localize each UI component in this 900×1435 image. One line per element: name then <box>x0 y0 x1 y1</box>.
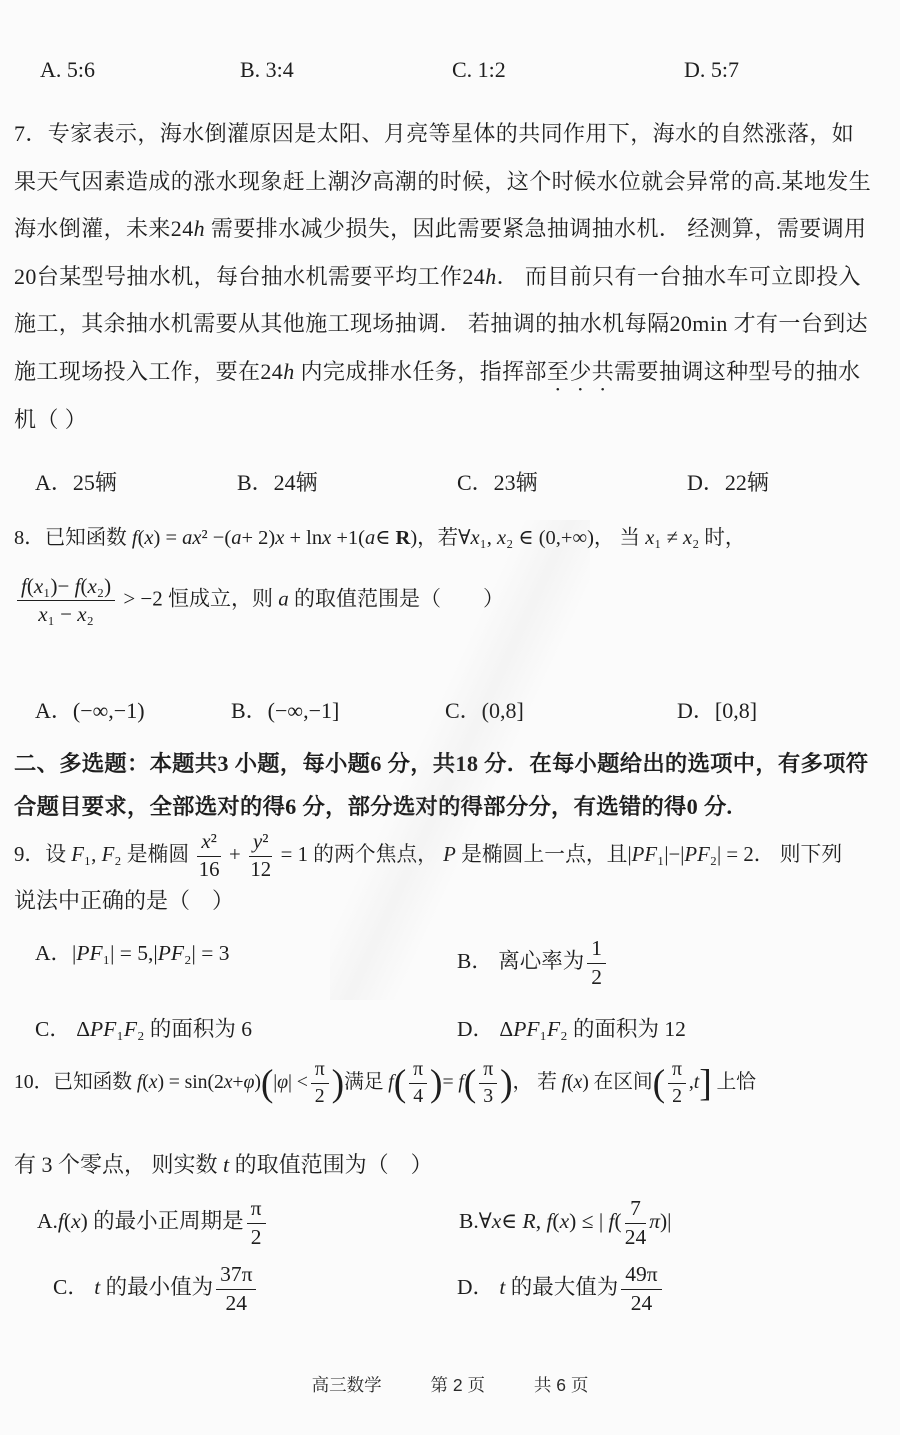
question-8-options-row: A．(−∞,−1) B．(−∞,−1] C．(0,8] D．[0,8] <box>35 694 890 725</box>
option-c: C. 1:2 <box>452 57 684 83</box>
option-a: A．|PF₁| = 5,|PF₂| = 3 <box>35 936 457 991</box>
question-9-line-1: 9．设 F₁, F₂ 是椭圆 x²16 + y²12 = 1 的两个焦点， P … <box>14 830 890 883</box>
question-9-options-row-1: A．|PF₁| = 5,|PF₂| = 3 B． 离心率为12 <box>35 936 890 991</box>
option-d: D． ΔPF₁F₂ 的面积为 12 <box>457 1012 890 1043</box>
option-c: C． t 的最小值为37π24 <box>37 1262 457 1317</box>
option-a: A. 5:6 <box>40 57 240 83</box>
question-7-line-1: 7．专家表示，海水倒灌原因是太阳、月亮等星体的共同作用下，海水的自然涨落，如 <box>14 110 890 158</box>
question-7-line-3: 海水倒灌，未来24h 需要排水减少损失，因此需要紧急抽调抽水机． 经测算，需要调… <box>14 205 890 253</box>
option-d: D．[0,8] <box>677 694 890 725</box>
option-d: D. 5:7 <box>684 57 890 83</box>
question-9-options-row-2: C． ΔPF₁F₂ 的面积为 6 D． ΔPF₁F₂ 的面积为 12 <box>35 1012 890 1043</box>
question-7-line-4: 20台某型号抽水机，每台抽水机需要平均工作24h． 而目前只有一台抽水车可立即投… <box>14 253 890 301</box>
question-7-options-row: A．25辆 B．24辆 C．23辆 D．22辆 <box>35 466 890 497</box>
option-b: B.∀x∈ R, f(x) ≤ | f(724π)| <box>459 1196 890 1251</box>
option-a: A．25辆 <box>35 466 237 497</box>
question-7-line-2: 果天气因素造成的涨水现象赶上潮汐高潮的时候，这个时候水位就会异常的高.某地发生 <box>14 158 890 206</box>
question-7-line-6: 施工现场投入工作，要在24h 内完成排水任务，指挥部至少共需要抽调这种型号的抽水 <box>14 348 890 396</box>
question-6-options-row: A. 5:6 B. 3:4 C. 1:2 D. 5:7 <box>40 57 890 83</box>
question-10-line-1: 10．已知函数 f(x) = sin(2x+φ)(|φ| <π2)满足 f(π4… <box>14 1058 890 1109</box>
option-a: A．(−∞,−1) <box>35 694 231 725</box>
question-8-line-2: f(x₁)− f(x₂)x₁ − x₂ > −2 恒成立，则 a 的取值范围是（… <box>14 574 890 627</box>
question-9-line-2: 说法中正确的是（ ） <box>14 884 890 915</box>
question-7-line-5: 施工，其余抽水机需要从其他施工现场抽调． 若抽调的抽水机每隔20min 才有一台… <box>14 300 890 348</box>
option-b: B． 离心率为12 <box>457 936 890 991</box>
question-7: 7．专家表示，海水倒灌原因是太阳、月亮等星体的共同作用下，海水的自然涨落，如 果… <box>14 110 890 444</box>
question-7-line-7: 机（ ） <box>14 396 890 444</box>
option-b: B．(−∞,−1] <box>231 694 445 725</box>
option-c: C．(0,8] <box>445 694 677 725</box>
option-d: D． t 的最大值为49π24 <box>457 1262 890 1317</box>
section-2-header-line-2: 合题目要求，全部选对的得6 分，部分选对的得部分分，有选错的得0 分. <box>14 785 890 828</box>
option-a: A.f(x) 的最小正周期是π2 <box>37 1196 459 1251</box>
option-d: D．22辆 <box>687 466 890 497</box>
page-footer: 高三数学 第 2 页 共 6 页 <box>0 1372 900 1397</box>
question-10-line-2: 有 3 个零点， 则实数 t 的取值范围为（ ） <box>14 1148 890 1179</box>
footer-page-number: 第 2 页 <box>431 1375 485 1395</box>
option-b: B．24辆 <box>237 466 457 497</box>
option-c: C． ΔPF₁F₂ 的面积为 6 <box>35 1012 457 1043</box>
option-c: C．23辆 <box>457 466 687 497</box>
question-10-options-row-1: A.f(x) 的最小正周期是π2 B.∀x∈ R, f(x) ≤ | f(724… <box>37 1196 890 1251</box>
exam-page: A. 5:6 B. 3:4 C. 1:2 D. 5:7 7．专家表示，海水倒灌原… <box>0 0 900 1435</box>
section-2-header: 二、多选题：本题共3 小题，每小题6 分，共18 分．在每小题给出的选项中，有多… <box>14 742 890 828</box>
question-10-options-row-2: C． t 的最小值为37π24 D． t 的最大值为49π24 <box>37 1262 890 1317</box>
section-2-header-line-1: 二、多选题：本题共3 小题，每小题6 分，共18 分．在每小题给出的选项中，有多… <box>14 742 890 785</box>
footer-course: 高三数学 <box>312 1375 382 1395</box>
option-b: B. 3:4 <box>240 57 452 83</box>
footer-total-pages: 共 6 页 <box>534 1375 588 1395</box>
question-8-line-1: 8．已知函数 f(x) = ax² −(a+ 2)x + lnx +1(a∈ R… <box>14 520 890 550</box>
